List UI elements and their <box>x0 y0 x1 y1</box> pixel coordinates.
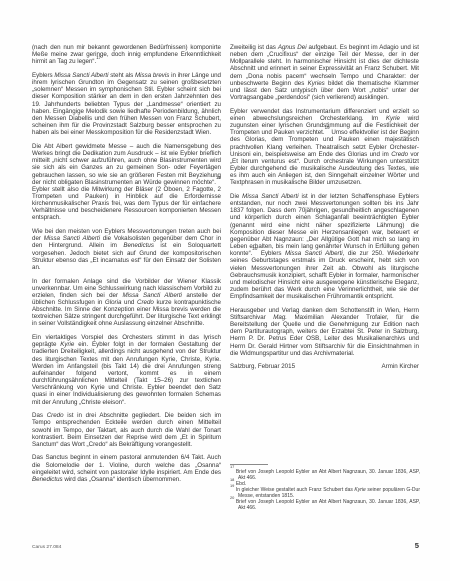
text-segment: Die Abt Albert gewidmete Messe – auch di… <box>32 143 221 186</box>
text-segment: Das <box>32 412 47 419</box>
text-segment: Agnus Dei <box>278 44 307 51</box>
text-segment: Credo <box>391 151 408 158</box>
paragraph: Das Credo ist in drei Abschnitte geglied… <box>32 412 221 448</box>
text-segment: wird das „Osanna“ identisch übernommen. <box>63 476 181 483</box>
footnote-ref: 18 <box>216 175 221 180</box>
footnote-number: 17 <box>230 464 234 469</box>
text-segment: und <box>121 299 137 306</box>
document-page: (nach den nun mir bekannt gewordenen Bed… <box>0 0 450 581</box>
text-segment: Mag. <box>273 314 287 321</box>
paragraph: Wie bei den meisten von Eyblers Messvert… <box>32 228 221 271</box>
page-number: 5 <box>415 541 419 550</box>
catalog-number: Carus 27.084 <box>32 545 61 550</box>
signature-place-date: Salzburg, Februar 2015 <box>230 363 295 370</box>
text-segment: Eyblers <box>32 72 54 79</box>
text-segment: Credo <box>47 412 64 419</box>
text-segment: , die zur 250. Wiederkehr seines Geburts… <box>230 250 419 300</box>
footnote-list: 17Brief von Joseph Leopold Eybler an Abt… <box>230 469 420 512</box>
text-segment: (nach den nun mir bekannt gewordenen Bed… <box>32 44 221 65</box>
paragraph: Die Missa Sancti Alberti ist in der letz… <box>230 193 419 300</box>
footnote: 19In gleicher Weise gestaltet auch Franz… <box>230 487 420 499</box>
footnote-separator-rule <box>230 464 268 465</box>
paragraph: Das Sanctus beginnt in einem pastoral an… <box>32 454 221 483</box>
text-segment: Missa Sancti Alberti <box>122 292 181 299</box>
paragraph: Eybler verwendet das Instrumentarium dif… <box>230 108 419 187</box>
text-segment: Kyries <box>308 80 325 87</box>
footnote-number: 20 <box>230 495 234 500</box>
text-segment: Maximilian Alexander Trofaier, für die B… <box>230 314 419 357</box>
paragraph: Zweiteilig ist das Agnus Dei aufgebaut. … <box>230 44 419 101</box>
text-segment: Missa Sancti Alberti <box>54 72 108 79</box>
text-segment: Eybler stellt also die Mitwirkung der Bl… <box>32 186 221 222</box>
paragraph: Die Abt Albert gewidmete Messe – auch di… <box>32 143 221 222</box>
text-segment: Das Sanctus beginnt in einem pastoral an… <box>32 454 221 475</box>
text-segment: Ebd. <box>236 481 246 487</box>
text-segment: ist in der letzten Schaffensphase Eybler… <box>230 193 419 257</box>
text-segment: Brief von Joseph Leopold Eybler an Abt A… <box>236 469 420 481</box>
footnote-ref: 19 <box>325 125 330 130</box>
text-segment: Gloria <box>105 299 122 306</box>
text-segment: In gleicher Weise gestaltet auch Franz S… <box>236 487 355 493</box>
text-segment: Missa Sancti Alberti <box>242 193 298 200</box>
text-segment: Missa brevis <box>135 72 169 79</box>
text-segment: Kyrie <box>386 115 400 122</box>
signature-author: Armin Kircher <box>382 363 419 370</box>
footnote-number: 19 <box>230 483 234 488</box>
text-segment: Missa Sancti Alberti <box>285 250 343 257</box>
text-columns: (nach den nun mir bekannt gewordenen Bed… <box>32 44 419 490</box>
text-segment: ein. Eybler folgt in der formalen Gestal… <box>32 341 221 405</box>
text-segment: steht als <box>108 72 135 79</box>
footnote-number: 18 <box>230 477 234 482</box>
text-segment: Brief von Joseph Leopold Eybler an Abt A… <box>236 499 420 511</box>
footnote: 20Brief von Joseph Leopold Eybler an Abt… <box>230 499 420 511</box>
text-segment: Credo <box>137 299 154 306</box>
text-segment: Kyrie <box>354 487 365 493</box>
text-segment: Benedictus <box>32 476 63 483</box>
text-segment: Missa Sancti Alberti <box>44 235 100 242</box>
text-segment: Eyblers <box>257 250 285 257</box>
text-segment: Die <box>230 193 242 200</box>
footnote-ref: 20 <box>252 246 257 251</box>
footnote: 17Brief von Joseph Leopold Eybler an Abt… <box>230 469 420 481</box>
paragraph: Herausgeber und Verlag danken dem Schott… <box>230 307 419 357</box>
left-column: (nach den nun mir bekannt gewordenen Bed… <box>32 44 221 490</box>
right-column-paragraphs: Zweiteilig ist das Agnus Dei aufgebaut. … <box>230 44 419 357</box>
paragraph: Eyblers Missa Sancti Alberti steht als M… <box>32 72 221 136</box>
paragraph: In der formalen Anlage sind die Vorbilde… <box>32 278 221 328</box>
footnote-ref: 17 <box>96 55 101 60</box>
text-segment: Benedictus <box>123 242 154 249</box>
text-segment: Zweiteilig ist das <box>230 44 278 51</box>
text-segment: in ihrer Länge und ihrem lyrischen Grund… <box>32 72 221 136</box>
footnotes-block: 17Brief von Joseph Leopold Eybler an Abt… <box>230 464 420 511</box>
right-column: Zweiteilig ist das Agnus Dei aufgebaut. … <box>230 44 419 490</box>
text-segment: Kyrie <box>60 341 74 348</box>
signature-line: Salzburg, Februar 2015 Armin Kircher <box>230 363 419 370</box>
paragraph: (nach den nun mir bekannt gewordenen Bed… <box>32 44 221 65</box>
paragraph: Ein viertaktiges Vorspiel des Orchesters… <box>32 334 221 406</box>
